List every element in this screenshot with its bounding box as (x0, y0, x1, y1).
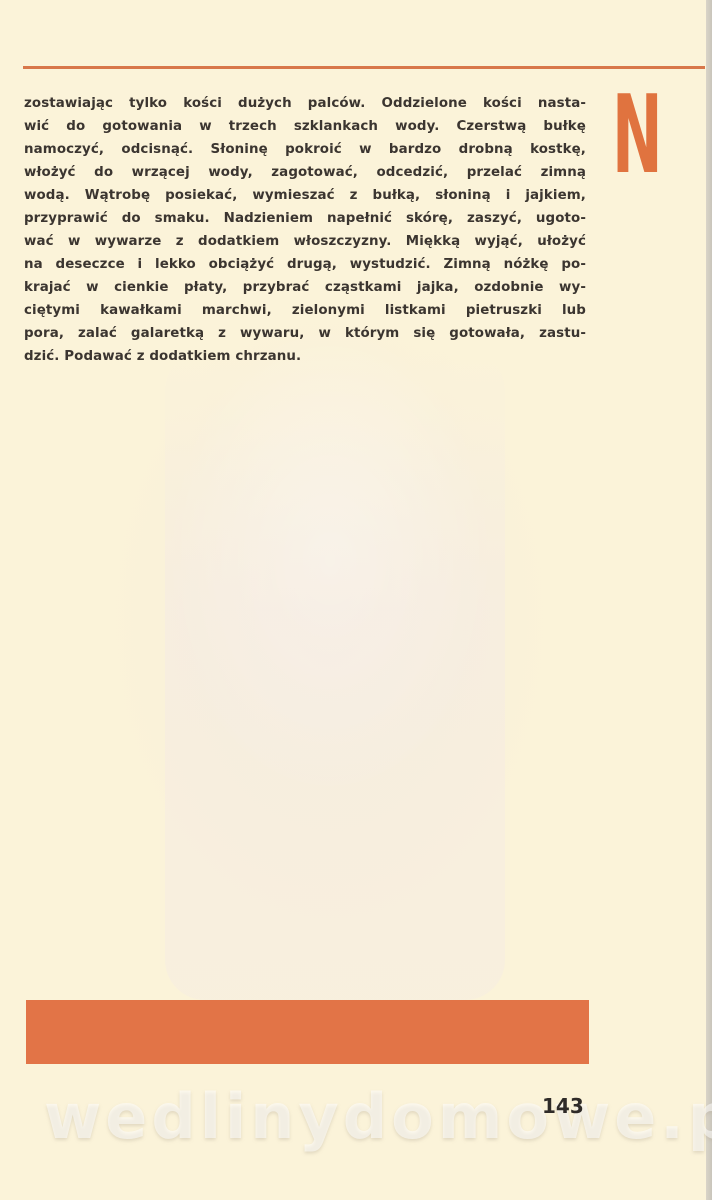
watermark: wedlinydomowe.pl (44, 1082, 684, 1152)
text-line: krajać w cienkie płaty, przybrać cząstka… (24, 276, 586, 299)
text-line: wić do gotowania w trzech szklankach wod… (24, 115, 586, 138)
book-page: N zostawiając tylko kości dużych palców.… (0, 0, 712, 1200)
text-line: przyprawić do smaku. Nadzieniem napełnić… (24, 207, 586, 230)
text-line: wać w wywarze z dodatkiem włoszczyzny. M… (24, 230, 586, 253)
text-line: włożyć do wrzącej wody, zagotować, odced… (24, 161, 586, 184)
text-line: ciętymi kawałkami marchwi, zielonymi lis… (24, 299, 586, 322)
text-line: pora, zalać galaretką z wywaru, w którym… (24, 322, 586, 345)
text-line: dzić. Podawać z dodatkiem chrzanu. (24, 345, 586, 368)
text-line: wodą. Wątrobę posiekać, wymieszać z bułk… (24, 184, 586, 207)
decorative-orange-bar (26, 1000, 589, 1064)
text-line: na deseczce i lekko obciążyć drugą, wyst… (24, 253, 586, 276)
top-rule-divider (23, 66, 705, 69)
text-line: namoczyć, odcisnąć. Słoninę pokroić w ba… (24, 138, 586, 161)
bleed-through-shape (165, 350, 505, 1000)
page-edge-shadow (706, 0, 712, 1200)
page-number: 143 (542, 1094, 584, 1118)
text-line: zostawiając tylko kości dużych palców. O… (24, 92, 586, 115)
recipe-body-text: zostawiając tylko kości dużych palców. O… (24, 92, 586, 368)
section-letter-marker: N (612, 94, 634, 178)
